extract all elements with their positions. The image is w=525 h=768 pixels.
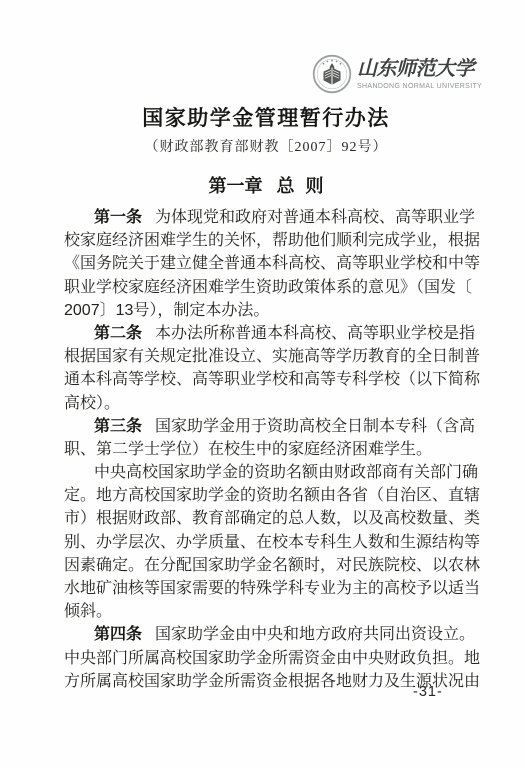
body-line: 水地矿油核等国家需要的特殊学科专业为主的高校予以适当	[64, 577, 468, 600]
body-line: 定。地方高校国家助学金的资助名额由各省（自治区、直辖	[64, 484, 468, 507]
document-title: 国家助学金管理暂行办法	[64, 106, 468, 132]
body-line-text: 中央部门所属高校国家助学金所需资金由中央财政负担。地	[64, 650, 480, 667]
article-label: 第二条	[94, 325, 142, 342]
chapter-label: 第一章	[208, 176, 262, 196]
body-line-text: 倾斜。	[64, 603, 112, 620]
body-line: 别、办学层次、办学质量、在校本专科生人数和生源结构等	[64, 531, 468, 554]
university-name-en: SHANDONG NORMAL UNIVERSITY	[357, 82, 482, 91]
document-page: 山东师范大学 SHANDONG NORMAL UNIVERSITY 国家助学金管…	[0, 0, 525, 768]
body-line-text: 职业学校家庭经济困难学生资助政策体系的意见》（国发〔	[64, 279, 472, 296]
article-label: 第四条	[94, 626, 142, 643]
body-line-text: 本办法所称普通本科高校、高等职业学校是指	[155, 325, 475, 342]
body-line-text: 《国务院关于建立健全普通本科高校、高等职业学校和中等	[64, 255, 480, 272]
body-line: 高校）。	[64, 392, 468, 415]
body-line-text: 2007〕13号），制定本办法。	[64, 302, 269, 319]
body-line: 因素确定。在分配国家助学金名额时，对民族院校、以农林	[64, 554, 468, 577]
body-line: 第三条国家助学金用于资助高校全日制本专科（含高	[64, 415, 468, 438]
body-line-text: 国家助学金由中央和地方政府共同出资设立。	[155, 626, 475, 643]
body-line: 职业学校家庭经济困难学生资助政策体系的意见》（国发〔	[64, 276, 468, 299]
body-line: 校家庭经济困难学生的关怀，帮助他们顺利完成学业，根据	[64, 229, 468, 252]
body-line: 职、第二学士学位）在校生中的家庭经济困难学生。	[64, 438, 468, 461]
body-line: 2007〕13号），制定本办法。	[64, 299, 468, 322]
article-label: 第一条	[94, 209, 142, 226]
body-line: 第一条为体现党和政府对普通本科高校、高等职业学	[64, 206, 468, 229]
chapter-heading: 第一章总 则	[64, 176, 468, 197]
document-content: 国家助学金管理暂行办法 （财政部教育部财教［2007］92号） 第一章总 则 第…	[64, 106, 468, 693]
body-line: 中央部门所属高校国家助学金所需资金由中央财政负担。地	[64, 647, 468, 670]
body-line: 《国务院关于建立健全普通本科高校、高等职业学校和中等	[64, 252, 468, 275]
body-line-text: 校家庭经济困难学生的关怀，帮助他们顺利完成学业，根据	[64, 232, 480, 249]
body-line-text: 市）根据财政部、教育部确定的总人数，以及高校数量、类	[64, 510, 480, 527]
document-subtitle: （财政部教育部财教［2007］92号）	[64, 139, 468, 156]
page-number: -31-	[413, 684, 443, 700]
university-name-block: 山东师范大学 SHANDONG NORMAL UNIVERSITY	[357, 58, 482, 91]
body-line: 中央高校国家助学金的资助名额由财政部商有关部门确	[64, 461, 468, 484]
body-line-text: 职、第二学士学位）在校生中的家庭经济困难学生。	[64, 441, 432, 458]
body-line-text: 为体现党和政府对普通本科高校、高等职业学	[155, 209, 475, 226]
university-logo: 山东师范大学 SHANDONG NORMAL UNIVERSITY	[312, 54, 482, 94]
chapter-name: 总 则	[276, 176, 323, 196]
body-text: 第一条为体现党和政府对普通本科高校、高等职业学 校家庭经济困难学生的关怀，帮助他…	[64, 206, 468, 693]
body-line: 方所属高校国家助学金所需资金根据各地财力及生源状况由	[64, 670, 468, 693]
body-line-text: 定。地方高校国家助学金的资助名额由各省（自治区、直辖	[64, 487, 480, 504]
body-line-text: 高校）。	[64, 395, 120, 412]
body-line-text: 国家助学金用于资助高校全日制本专科（含高	[155, 418, 475, 435]
body-line-text: 中央高校国家助学金的资助名额由财政部商有关部门确	[94, 464, 478, 481]
body-line: 第二条本办法所称普通本科高校、高等职业学校是指	[64, 322, 468, 345]
body-line: 根据国家有关规定批准设立、实施高等学历教育的全日制普	[64, 345, 468, 368]
body-line-text: 根据国家有关规定批准设立、实施高等学历教育的全日制普	[64, 348, 480, 365]
body-line: 通本科高等学校、高等职业学校和高等专科学校（以下简称	[64, 368, 468, 391]
article-label: 第三条	[94, 418, 142, 435]
body-line-text: 水地矿油核等国家需要的特殊学科专业为主的高校予以适当	[64, 580, 480, 597]
body-line-text: 因素确定。在分配国家助学金名额时，对民族院校、以农林	[64, 557, 480, 574]
body-line: 倾斜。	[64, 600, 468, 623]
body-line-text: 通本科高等学校、高等职业学校和高等专科学校（以下简称	[64, 371, 480, 388]
university-seal-icon	[312, 54, 352, 94]
body-line: 市）根据财政部、教育部确定的总人数，以及高校数量、类	[64, 507, 468, 530]
body-line: 第四条国家助学金由中央和地方政府共同出资设立。	[64, 623, 468, 646]
body-line-text: 别、办学层次、办学质量、在校本专科生人数和生源结构等	[64, 534, 480, 551]
university-name-cn: 山东师范大学	[357, 58, 482, 81]
